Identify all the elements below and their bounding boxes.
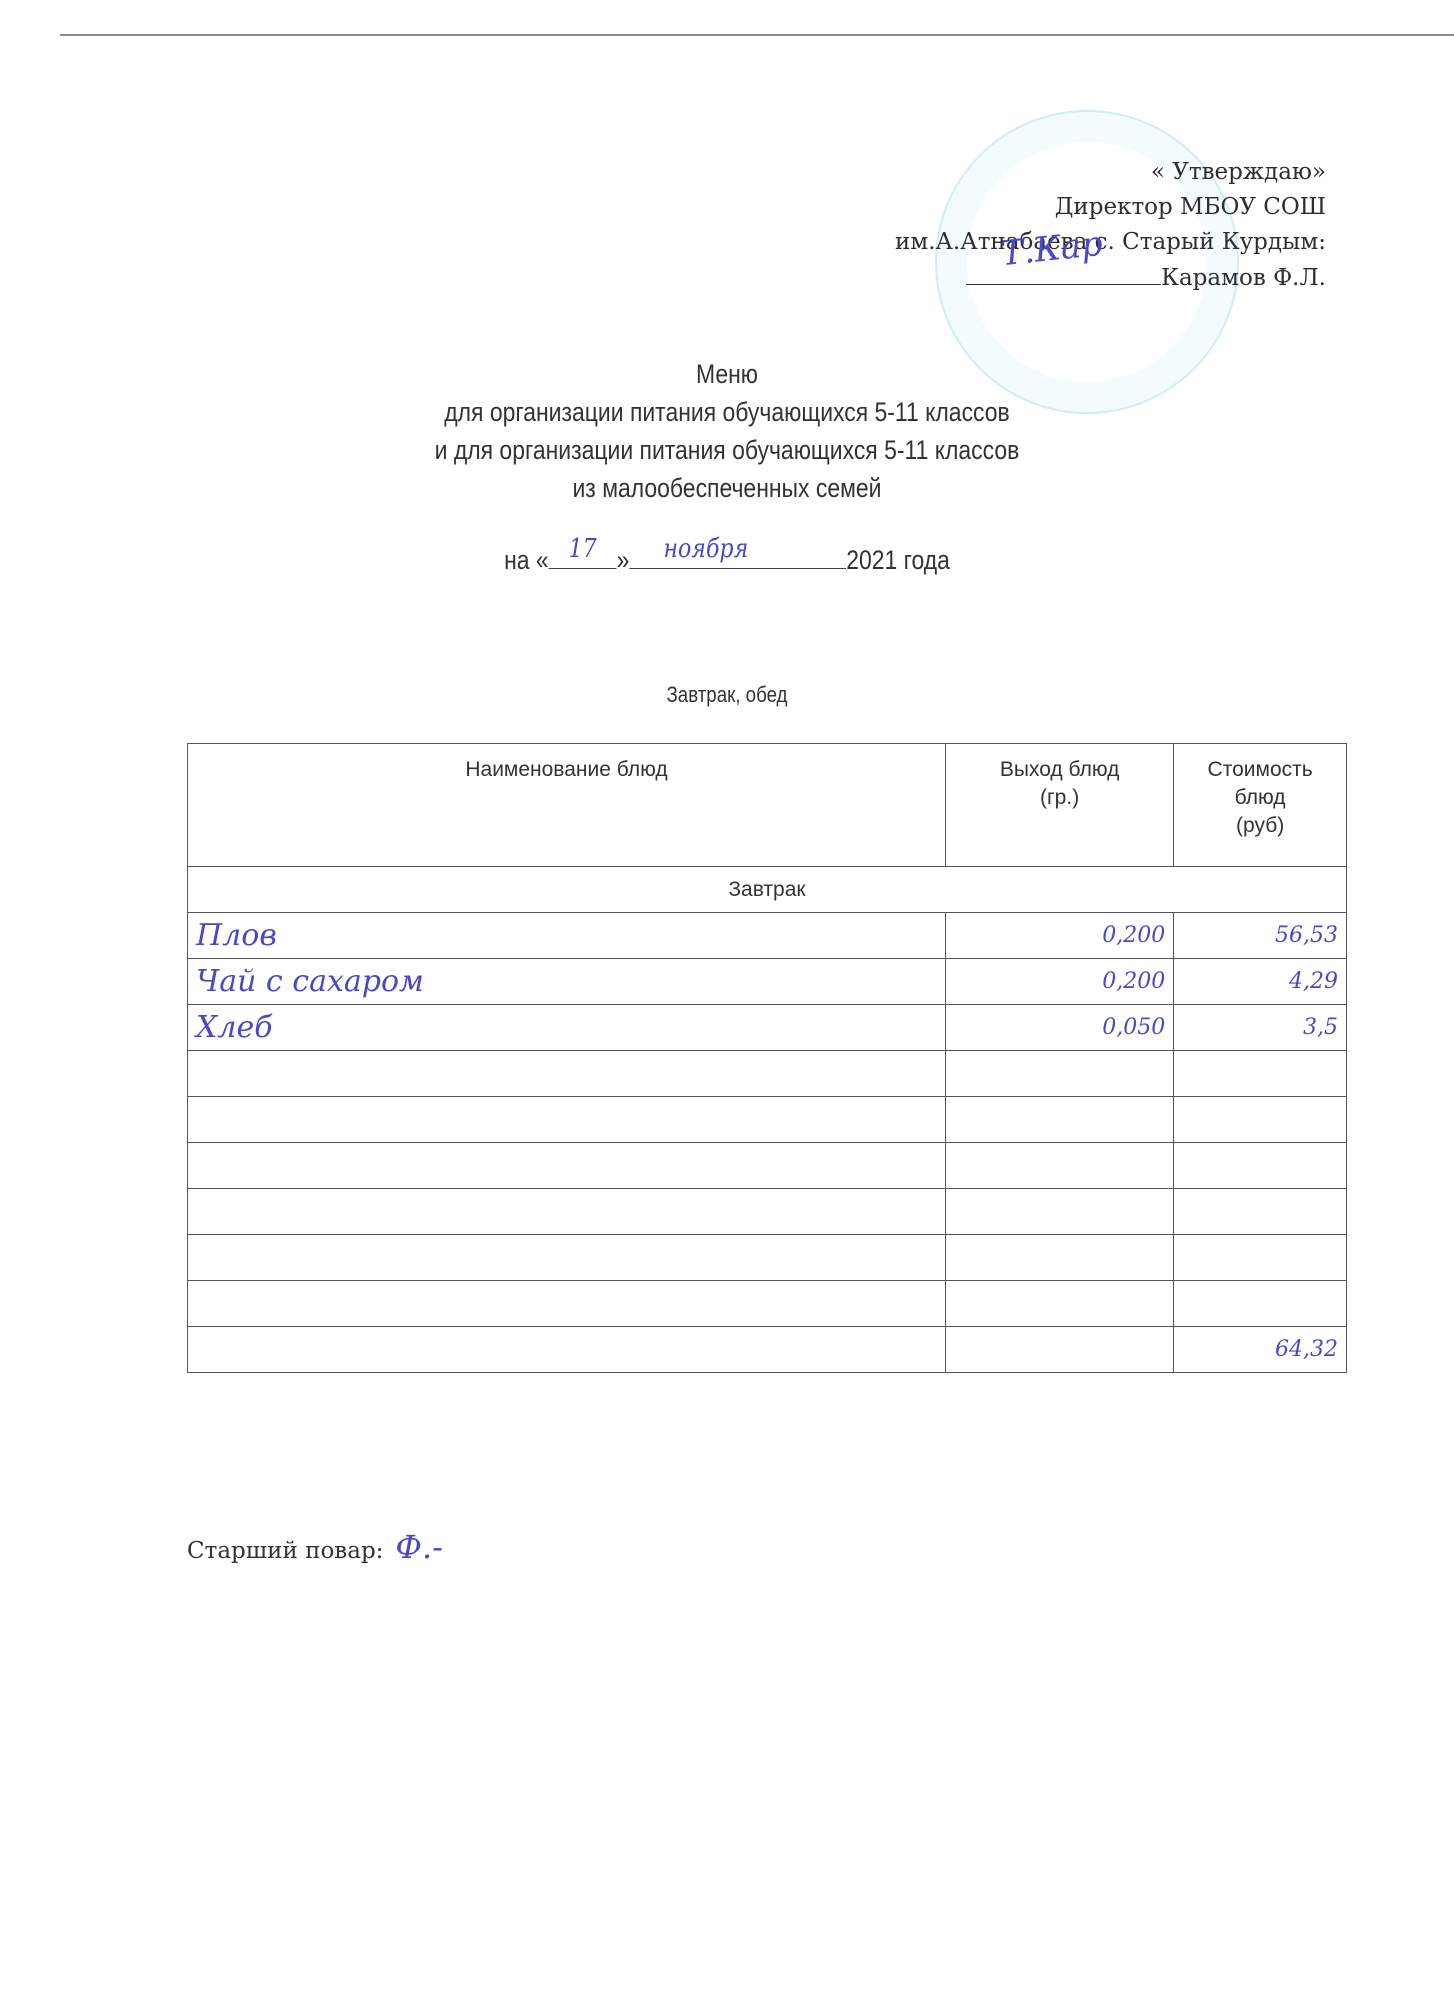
yield-cell <box>946 1097 1174 1143</box>
dish-name-cell <box>188 1189 946 1235</box>
dish-name-cell: Плов <box>188 913 946 959</box>
cost-cell: 64,32 <box>1174 1327 1347 1373</box>
menu-table: Наименование блюд Выход блюд (гр.) Стоим… <box>187 743 1347 1373</box>
table-row <box>188 1189 1347 1235</box>
date-prefix: на « <box>504 545 549 575</box>
dish-name-cell: Чай с сахаром <box>188 959 946 1005</box>
approval-block: « Утверждаю» Директор МБОУ СОШ им.А.Атна… <box>895 155 1326 296</box>
dish-name-cell-value: Плов <box>196 918 277 953</box>
cost-cell: 56,53 <box>1174 913 1347 959</box>
total-row: 64,32 <box>188 1327 1347 1373</box>
page-top-border <box>60 34 1454 36</box>
cook-signature-block: Старший повар:Ф.- <box>187 1528 443 1566</box>
cost-cell <box>1174 1189 1347 1235</box>
date-day: 17 <box>549 534 617 564</box>
cost-cell-value: 56,53 <box>1275 923 1338 948</box>
dish-name-cell <box>188 1235 946 1281</box>
cost-cell-value: 4,29 <box>1289 969 1338 994</box>
title-line-4: из малообеспеченных семей <box>109 469 1345 507</box>
table-row <box>188 1097 1347 1143</box>
yield-cell: 0,050 <box>946 1005 1174 1051</box>
approval-school: им.А.Атнабаева с. Старый Курдым: <box>895 225 1326 260</box>
approval-signature-row: Т.Кар Карамов Ф.Л. <box>895 260 1326 296</box>
cost-cell <box>1174 1143 1347 1189</box>
approval-position: Директор МБОУ СОШ <box>895 190 1326 225</box>
date-day-field: 17 <box>549 542 617 569</box>
header-cost-line3: (руб) <box>1182 812 1338 840</box>
date-month-field: ноября <box>629 542 846 569</box>
menu-date: на «17»ноября2021 года <box>109 542 1345 576</box>
cost-cell <box>1174 1281 1347 1327</box>
yield-cell-value: 0,200 <box>1102 923 1165 948</box>
yield-cell <box>946 1051 1174 1097</box>
table-header-row: Наименование блюд Выход блюд (гр.) Стоим… <box>188 744 1347 867</box>
header-cost: Стоимость блюд (руб) <box>1174 744 1347 867</box>
date-month: ноября <box>663 534 846 564</box>
dish-name-cell <box>188 1327 946 1373</box>
dish-name-cell <box>188 1281 946 1327</box>
dish-name-cell <box>188 1051 946 1097</box>
header-cost-line2: блюд <box>1182 784 1338 812</box>
cost-cell-value: 3,5 <box>1303 1015 1338 1040</box>
header-yield: Выход блюд (гр.) <box>946 744 1174 867</box>
cost-cell <box>1174 1051 1347 1097</box>
yield-cell <box>946 1189 1174 1235</box>
yield-cell <box>946 1143 1174 1189</box>
table-row: Плов0,20056,53 <box>188 913 1347 959</box>
yield-cell <box>946 1235 1174 1281</box>
director-name: Карамов Ф.Л. <box>1161 265 1326 291</box>
dish-name-cell-value: Чай с сахаром <box>196 964 424 999</box>
yield-cell-value: 0,050 <box>1102 1015 1165 1040</box>
cook-label: Старший повар: <box>187 1538 383 1564</box>
yield-cell <box>946 1281 1174 1327</box>
dish-name-cell <box>188 1143 946 1189</box>
yield-cell: 0,200 <box>946 913 1174 959</box>
cost-cell: 3,5 <box>1174 1005 1347 1051</box>
title-line-1: Меню <box>109 355 1345 393</box>
date-suffix: 2021 года <box>846 545 950 575</box>
table-row <box>188 1051 1347 1097</box>
header-yield-line1: Выход блюд <box>954 756 1165 784</box>
title-line-2: для организации питания обучающихся 5-11… <box>109 393 1345 431</box>
table-row <box>188 1143 1347 1189</box>
title-line-3: и для организации питания обучающихся 5-… <box>109 431 1345 469</box>
section-title: Завтрак, обед <box>109 682 1345 708</box>
yield-cell: 0,200 <box>946 959 1174 1005</box>
table-row <box>188 1235 1347 1281</box>
header-yield-line2: (гр.) <box>954 784 1165 812</box>
dish-name-cell-value: Хлеб <box>196 1010 273 1045</box>
header-dish-name: Наименование блюд <box>188 744 946 867</box>
cost-cell <box>1174 1097 1347 1143</box>
date-mid: » <box>617 545 630 575</box>
cost-cell <box>1174 1235 1347 1281</box>
dish-name-cell: Хлеб <box>188 1005 946 1051</box>
cost-cell: 4,29 <box>1174 959 1347 1005</box>
dish-name-cell <box>188 1097 946 1143</box>
director-signature: Т.Кар <box>1000 227 1105 272</box>
meal-subheader: Завтрак <box>188 867 1347 913</box>
meal-subheader-row: Завтрак <box>188 867 1347 913</box>
yield-cell <box>946 1327 1174 1373</box>
cost-cell-value: 64,32 <box>1275 1337 1338 1362</box>
document-title: Меню для организации питания обучающихся… <box>109 355 1345 507</box>
signature-line: Т.Кар <box>966 260 1161 285</box>
table-row <box>188 1281 1347 1327</box>
header-cost-line1: Стоимость <box>1182 756 1338 784</box>
table-row: Хлеб0,0503,5 <box>188 1005 1347 1051</box>
yield-cell-value: 0,200 <box>1102 969 1165 994</box>
approval-heading: « Утверждаю» <box>895 155 1326 190</box>
cook-signature: Ф.- <box>395 1528 443 1566</box>
table-row: Чай с сахаром0,2004,29 <box>188 959 1347 1005</box>
